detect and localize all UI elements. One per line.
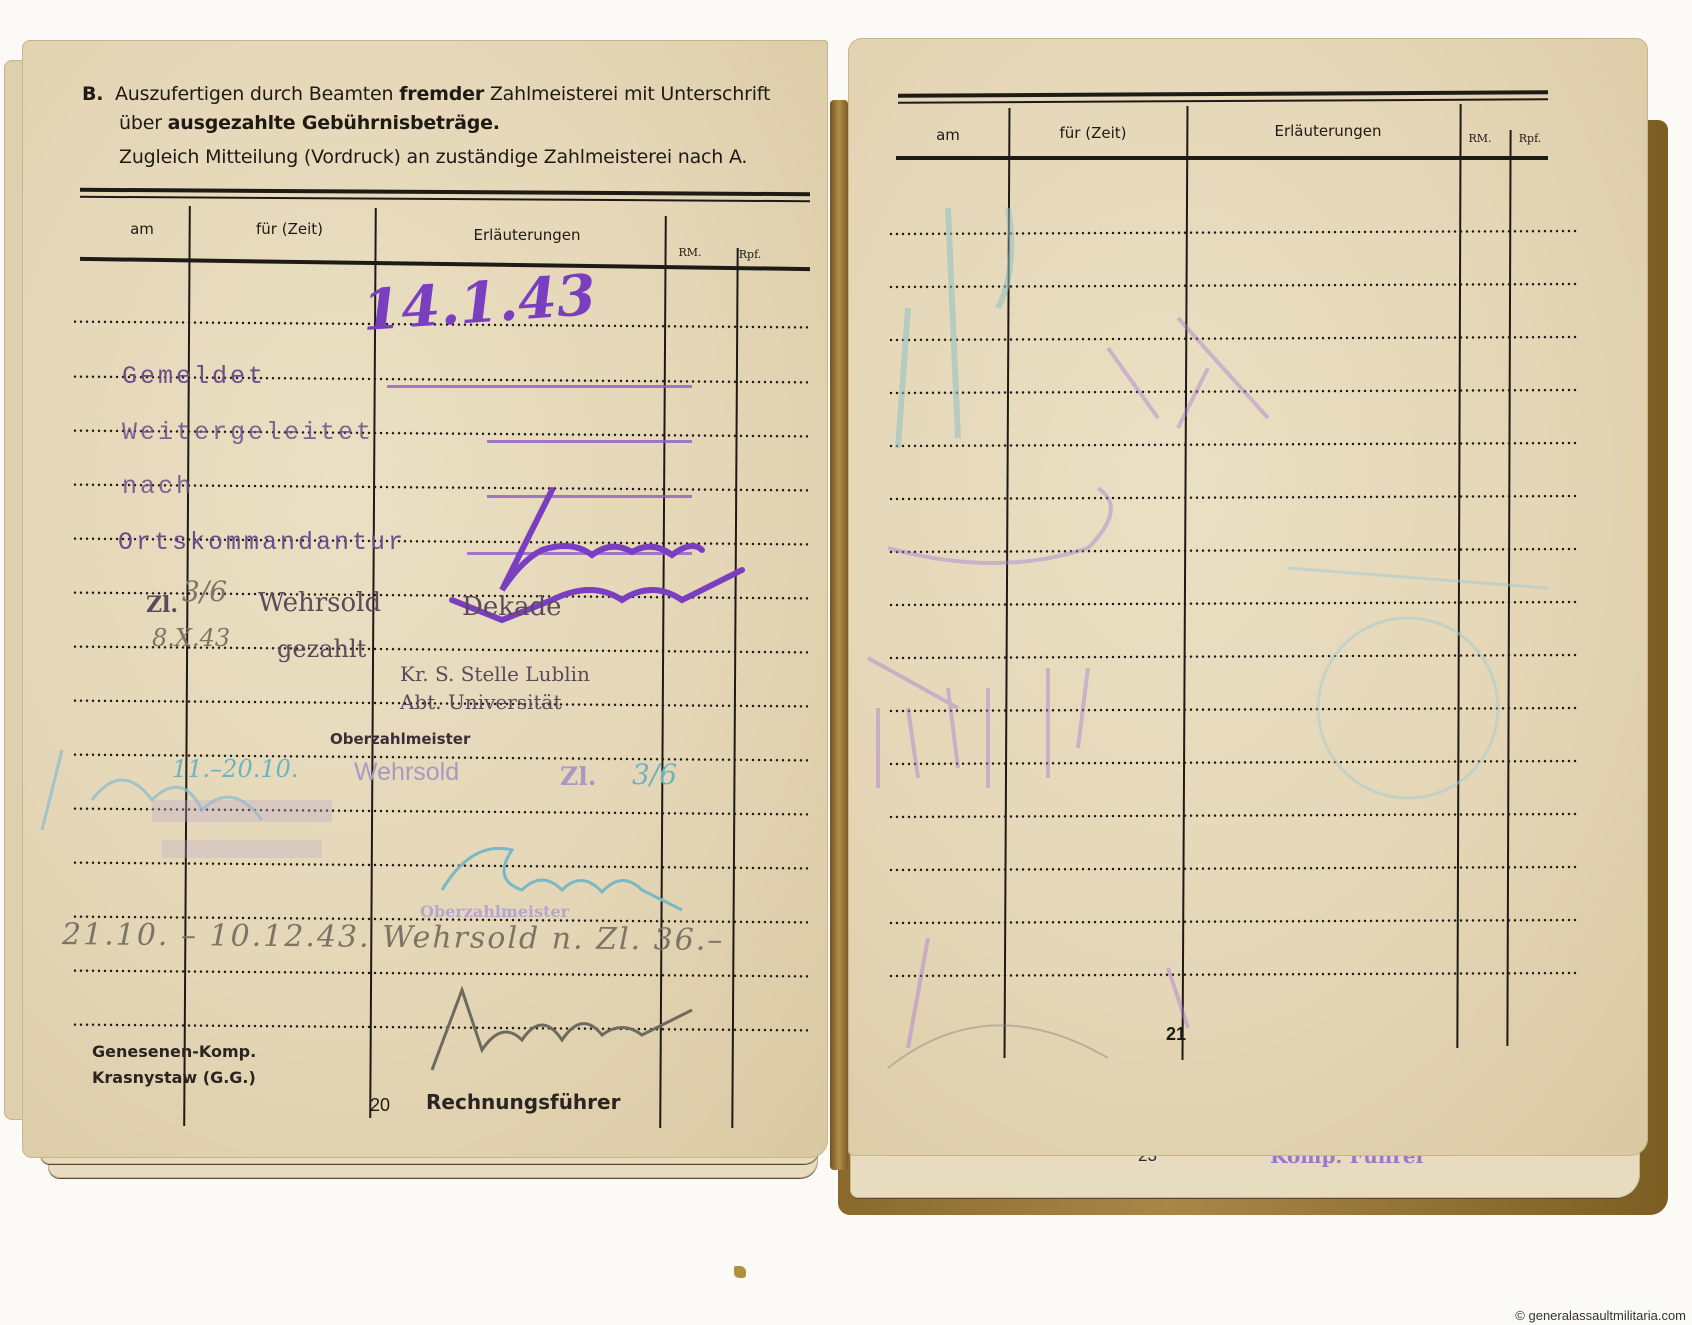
handwritten-date: 14.1.43 — [360, 262, 598, 344]
stamp-zl-label: Zl. — [146, 592, 178, 618]
column-divider — [369, 208, 376, 1118]
column-header-rm: RM. — [1460, 132, 1500, 145]
handwritten-zl-value-2: 3/6 — [632, 758, 677, 791]
header-line-2: über ausgezahlte Gebührnisbeträge. — [82, 109, 822, 138]
header-line-3: Zugleich Mitteilung (Vordruck) an zustän… — [82, 143, 822, 172]
right-page-21: am für (Zeit) Erläuterungen RM. Rpf. — [848, 38, 1648, 1156]
pencil-entry: 21.10. – 10.12.43. Wehrsold n. Zl. 36.– — [62, 917, 725, 958]
paper-fragment — [734, 1266, 746, 1278]
header-line-1: B. Auszufertigen durch Beamten fremder Z… — [82, 80, 822, 109]
handwritten-zl-value: 3/6 — [182, 575, 227, 608]
stamp-underline — [487, 440, 692, 443]
left-page-20: B. Auszufertigen durch Beamten fremder Z… — [22, 40, 828, 1158]
section-b-instructions: B. Auszufertigen durch Beamten fremder Z… — [82, 80, 822, 172]
stamp-office-line2: Abt. Universität — [400, 690, 561, 714]
page-number-20: 20 — [370, 1095, 390, 1116]
faded-stamp-zl: Zl. — [560, 762, 596, 791]
typed-stamp-weitergeleitet: Weitergeleitet — [122, 418, 374, 447]
header-rule-top-thin — [80, 196, 810, 202]
unit-stamp-line2: Krasnystaw (G.G.) — [92, 1068, 256, 1087]
column-header-rpf: Rpf. — [1510, 132, 1550, 145]
stamp-dekade: Dekade — [462, 592, 562, 622]
column-header-rm: RM. — [670, 246, 710, 259]
book-spine — [830, 100, 848, 1170]
typed-stamp-nach: nach — [122, 472, 194, 501]
header-rule-top — [80, 188, 810, 196]
faded-stamp-oberzahlmeister: Oberzahlmeister — [420, 902, 569, 921]
column-divider — [183, 206, 190, 1126]
faded-stamp-wehrsold: Wehrsold — [354, 758, 459, 787]
pencil-signature — [422, 980, 702, 1080]
stamp-wehrsold: Wehrsold — [258, 588, 381, 618]
column-header-fuer-zeit: für (Zeit) — [207, 220, 372, 238]
column-header-am: am — [102, 220, 182, 238]
column-header-fuer-zeit: für (Zeit) — [998, 124, 1188, 142]
header-rule-top-thin — [898, 98, 1548, 103]
copyright-watermark: © generalassaultmilitaria.com — [1515, 1308, 1686, 1323]
entry-row-line — [72, 969, 808, 978]
column-header-am: am — [908, 126, 988, 144]
header-rule-top — [898, 90, 1548, 97]
stamp-underline — [387, 385, 692, 388]
column-header-erlaeuterungen: Erläuterungen — [402, 226, 652, 244]
typed-stamp-gemeldet: Gemeldet — [122, 362, 266, 391]
ink-show-through — [848, 188, 1648, 1088]
page-number-21: 21 — [1166, 1024, 1186, 1045]
rechnungsfuehrer-stamp: Rechnungsführer — [426, 1090, 620, 1114]
stamp-office-line1: Kr. S. Stelle Lublin — [400, 662, 590, 686]
column-header-erlaeuterungen: Erläuterungen — [1208, 122, 1448, 140]
unit-stamp-line1: Genesenen-Komp. — [92, 1042, 256, 1061]
header-rule-bottom — [896, 156, 1548, 160]
stamp-gezahlt: gezahlt — [277, 635, 366, 663]
typed-stamp-ortskommandantur: Ortskommandantur — [118, 528, 406, 557]
handwritten-date-value: 8.X.43 — [152, 624, 230, 652]
faded-blue-stamp-left — [32, 740, 352, 870]
